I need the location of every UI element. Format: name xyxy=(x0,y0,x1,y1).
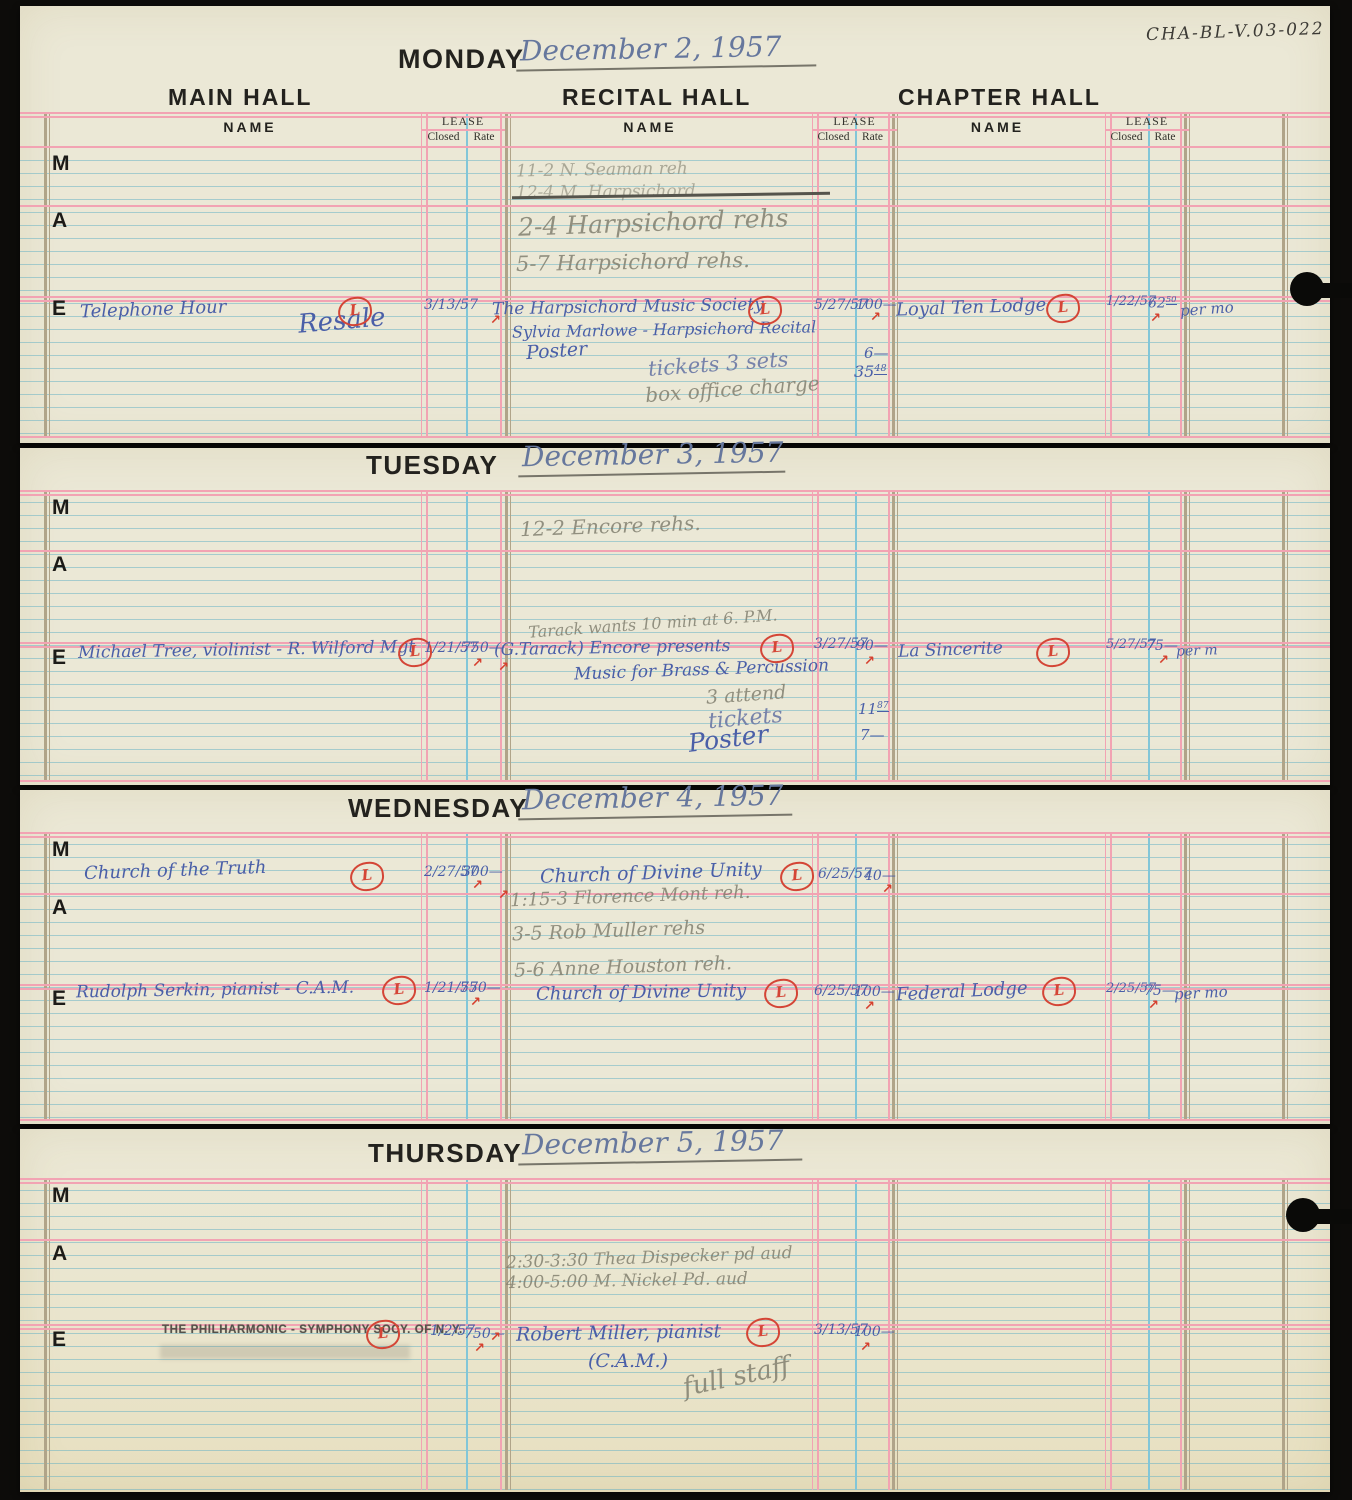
col-rate-chapter: Rate xyxy=(1150,131,1180,143)
date-monday: December 2, 1957 xyxy=(516,29,817,71)
col-lease-recital: LEASE xyxy=(812,114,897,129)
date-tuesday: December 3, 1957 xyxy=(518,436,786,478)
pink-rule xyxy=(20,1178,1330,1180)
pink-rule xyxy=(20,550,1330,552)
entry-chapter-evening-per: per mo xyxy=(1174,983,1229,1004)
entry-chapter-evening-rate: 75— xyxy=(1144,983,1176,999)
row-label-m: M xyxy=(52,496,70,520)
entry-main-evening-rate: 750— xyxy=(460,980,501,996)
red-check-icon: ↗ xyxy=(472,878,483,893)
row-label-e: E xyxy=(52,987,66,1011)
entry-chapter-evening-name: La Sincerite xyxy=(898,638,1004,662)
row-label-m: M xyxy=(52,152,70,176)
col-name-chapter: NAME xyxy=(890,119,1105,135)
entry-recital-evening-rate: 100— xyxy=(854,1324,895,1340)
pink-rule xyxy=(20,494,1330,496)
row-label-a: A xyxy=(52,553,67,577)
red-check-icon: ↗ xyxy=(860,1340,871,1355)
entry-chapter-evening-rate: 6250 xyxy=(1148,294,1177,312)
col-closed-chapter: Closed xyxy=(1105,131,1148,143)
entry-chapter-evening-per: per m xyxy=(1176,642,1218,659)
date-thursday: December 5, 1957 xyxy=(518,1124,803,1166)
hall-title-chapter: CHAPTER HALL xyxy=(898,84,1101,111)
pink-rule xyxy=(20,836,1330,838)
red-check-icon: ↗ xyxy=(1150,311,1161,326)
row-label-a: A xyxy=(52,209,67,233)
row-label-m: M xyxy=(52,838,70,862)
col-lease-chapter: LEASE xyxy=(1105,114,1189,129)
recital-schedule-note: 4:00-5:00 M. Nickel Pd. aud xyxy=(506,1269,748,1293)
row-label-e: E xyxy=(52,646,66,670)
ledger-page: CHA-BL-V.03-022 MONDAY December 2, 1957 … xyxy=(0,0,1352,1500)
red-check-icon: ↗ xyxy=(490,1330,501,1345)
amount: 35 xyxy=(854,362,874,381)
hole-punch-notch xyxy=(1300,1209,1352,1224)
pink-rule xyxy=(20,1239,1330,1241)
red-check-icon: ↗ xyxy=(882,882,893,897)
day-title-wednesday: WEDNESDAY xyxy=(348,793,528,824)
recital-schedule-note-struck: 12-4 M. Harpsichord xyxy=(516,181,696,203)
recital-rate-extra: 3548 xyxy=(854,362,887,381)
recital-schedule-note: 5-7 Harpsichord rehs. xyxy=(516,248,750,276)
col-lease-main: LEASE xyxy=(421,114,505,129)
red-check-icon: ↗ xyxy=(472,656,483,671)
red-check-icon: ↗ xyxy=(1158,653,1169,668)
recital-schedule-note: 11-2 N. Seaman reh xyxy=(516,159,688,182)
pink-rule xyxy=(20,832,1330,834)
amount-cents: 48 xyxy=(874,363,886,375)
hall-title-recital: RECITAL HALL xyxy=(562,84,751,111)
day-title-monday: MONDAY xyxy=(398,44,525,75)
entry-recital-evening-name: Church of Divine Unity xyxy=(536,980,747,1005)
date-wednesday: December 4, 1957 xyxy=(518,779,793,821)
pink-rule xyxy=(20,1119,1330,1121)
col-rate-recital: Rate xyxy=(857,131,888,143)
row-label-m: M xyxy=(52,1184,70,1208)
day-title-thursday: THURSDAY xyxy=(368,1138,522,1169)
col-rate-main: Rate xyxy=(468,131,500,143)
col-closed-recital: Closed xyxy=(812,131,855,143)
red-check-icon: ↗ xyxy=(490,313,501,328)
recital-rate-extra: 6— xyxy=(864,344,889,362)
row-label-a: A xyxy=(52,1242,67,1266)
entry-recital-evening-line3: Poster xyxy=(525,338,588,364)
red-check-icon: ↗ xyxy=(470,995,481,1010)
red-check-icon: ↗ xyxy=(870,310,881,325)
amount-cents: 50 xyxy=(1166,294,1177,305)
entry-recital-evening-line2: (C.A.M.) xyxy=(588,1350,668,1372)
red-check-icon: ↗ xyxy=(474,1341,485,1356)
entry-recital-evening-name: (G.Tarack) Encore presents xyxy=(494,636,731,660)
col-name-main: NAME xyxy=(100,119,400,135)
hall-title-main: MAIN HALL xyxy=(168,84,312,111)
col-name-recital: NAME xyxy=(510,119,790,135)
row-label-e: E xyxy=(52,1328,66,1352)
pink-rule xyxy=(20,1182,1330,1184)
hole-punch-notch xyxy=(1305,283,1352,298)
col-closed-main: Closed xyxy=(421,131,466,143)
recital-rate-extra: 7— xyxy=(860,726,885,744)
row-label-a: A xyxy=(52,896,67,920)
day-title-tuesday: TUESDAY xyxy=(366,450,498,481)
entry-recital-evening-rate: 90— xyxy=(856,638,888,654)
entry-recital-evening-rate: 100— xyxy=(854,984,895,1000)
entry-main-evening-closed: 3/13/57 xyxy=(424,297,478,313)
amount-cents: 87 xyxy=(877,701,888,712)
pink-rule xyxy=(20,490,1330,492)
entry-chapter-evening-rate: 75— xyxy=(1146,638,1178,654)
amount: 62 xyxy=(1148,296,1166,312)
recital-rate-extra: 1187 xyxy=(858,700,889,718)
pink-rule xyxy=(20,146,1330,148)
entry-chapter-evening-per: per mo xyxy=(1179,298,1234,320)
entry-main-evening-stamp: THE PHILHARMONIC - SYMPHONY SOCY. OF N. … xyxy=(162,1324,463,1336)
red-check-icon: ↗ xyxy=(864,654,875,669)
red-check-icon: ↗ xyxy=(864,999,875,1014)
amount: 11 xyxy=(858,700,877,718)
row-label-e: E xyxy=(52,297,66,321)
red-check-icon: ↗ xyxy=(1148,998,1159,1013)
red-check-icon: ↗ xyxy=(498,888,509,903)
entry-recital-evening-name: Robert Miller, pianist xyxy=(516,1320,722,1346)
red-check-icon: ↗ xyxy=(498,660,509,675)
